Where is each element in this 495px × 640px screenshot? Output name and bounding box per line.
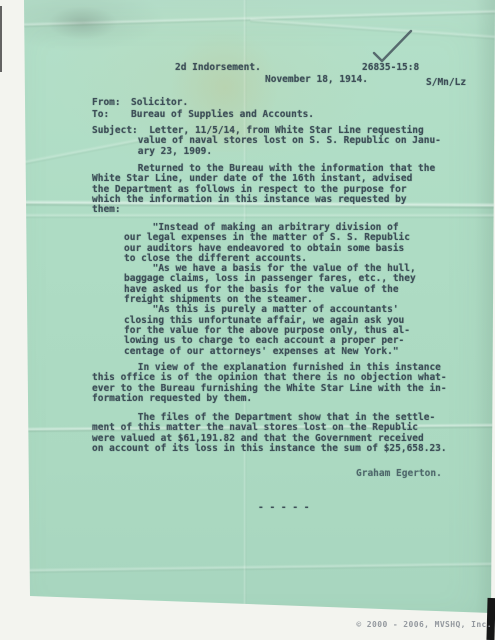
scanned-letter-photo: { "page": { "paper_color": "#aedcc4", "s… [0,0,495,640]
letter-paper: 2d Indorsement. 26835-15:8 November 18, … [0,0,495,640]
paragraph-returned: Returned to the Bureau with the informat… [92,164,435,215]
closing-dashes: - - - - - [258,503,309,513]
signature: Graham Egerton. [356,469,442,479]
subject-block: Subject: Letter, 11/5/14, from White Sta… [92,126,441,157]
scan-edge-artifact-right [486,598,495,640]
file-number: 26835-15:8 [362,63,419,73]
watermark-text: © 2000 - 2006, MVSHQ, Inc. [356,620,492,629]
indorsement-label: 2d Indorsement. [175,63,261,73]
reference-initials: S/Mn/Lz [426,78,466,88]
scan-background: 2d Indorsement. 26835-15:8 November 18, … [0,0,495,640]
quoted-block: "Instead of making an arbitrary division… [124,223,416,357]
to-label: To: [92,109,109,121]
date-line: November 18, 1914. [265,75,368,85]
from-value: Solicitor. [131,97,188,109]
from-label: From: [92,97,121,109]
paragraph-files: The files of the Department show that in… [92,413,447,454]
to-value: Bureau of Supplies and Accounts. [131,109,314,121]
scan-edge-artifact-left [0,6,2,72]
paragraph-in-view: In view of the explanation furnished in … [92,363,447,404]
